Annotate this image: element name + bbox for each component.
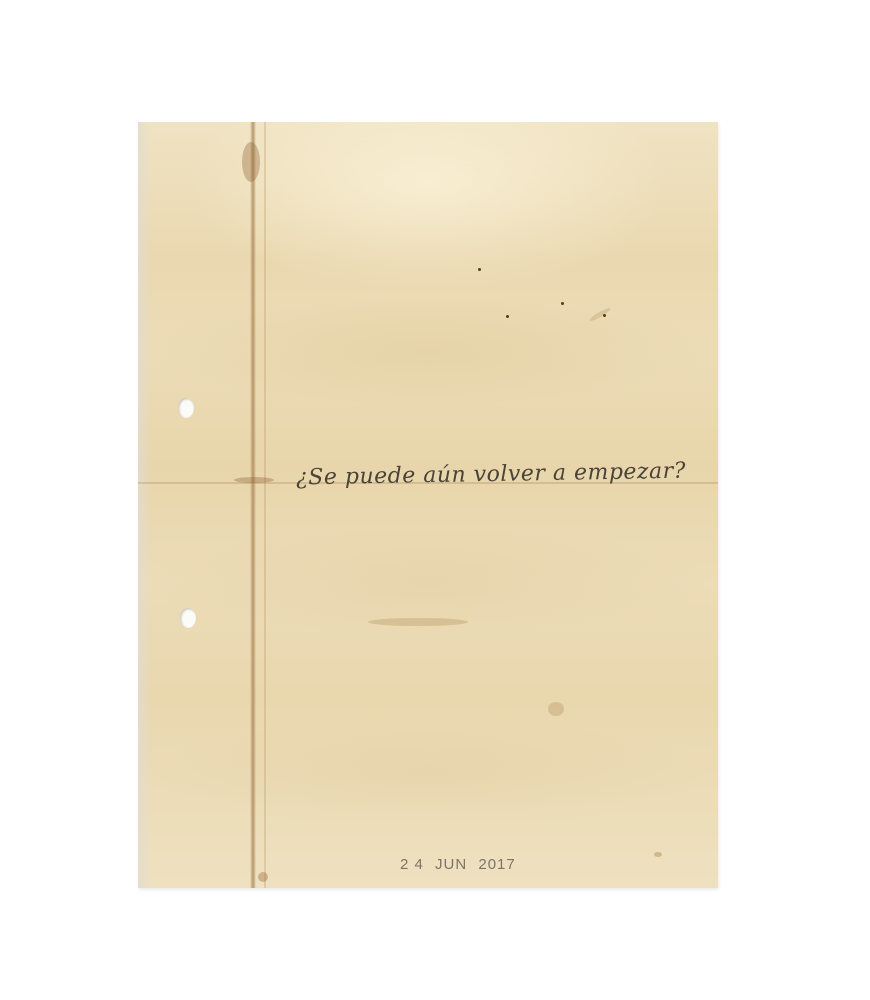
stain-mark — [654, 852, 662, 857]
date-stamp-year: 2017 — [478, 856, 515, 873]
speck — [603, 314, 606, 317]
handwritten-question: ¿Se puede aún volver a empezar? — [296, 459, 686, 491]
stain-mark — [588, 306, 611, 322]
paper-left-edge — [138, 122, 152, 888]
speck — [506, 315, 509, 318]
stain-mark — [242, 142, 260, 182]
stain-mark — [548, 702, 564, 716]
stain-mark — [368, 618, 468, 626]
date-stamp-month: JUN — [435, 856, 467, 873]
punch-hole-top — [178, 398, 194, 418]
stain-mark — [234, 477, 274, 483]
speck — [561, 302, 564, 305]
punch-hole-bottom — [180, 608, 196, 628]
margin-stain-line — [250, 122, 256, 888]
stain-mark — [258, 872, 268, 882]
margin-crease — [264, 122, 266, 888]
aged-paper-sheet: ¿Se puede aún volver a empezar? 2 4 JUN … — [138, 122, 718, 888]
date-stamp: 2 4 JUN 2017 — [400, 856, 522, 873]
speck — [478, 268, 481, 271]
date-stamp-day: 2 4 — [400, 856, 424, 873]
